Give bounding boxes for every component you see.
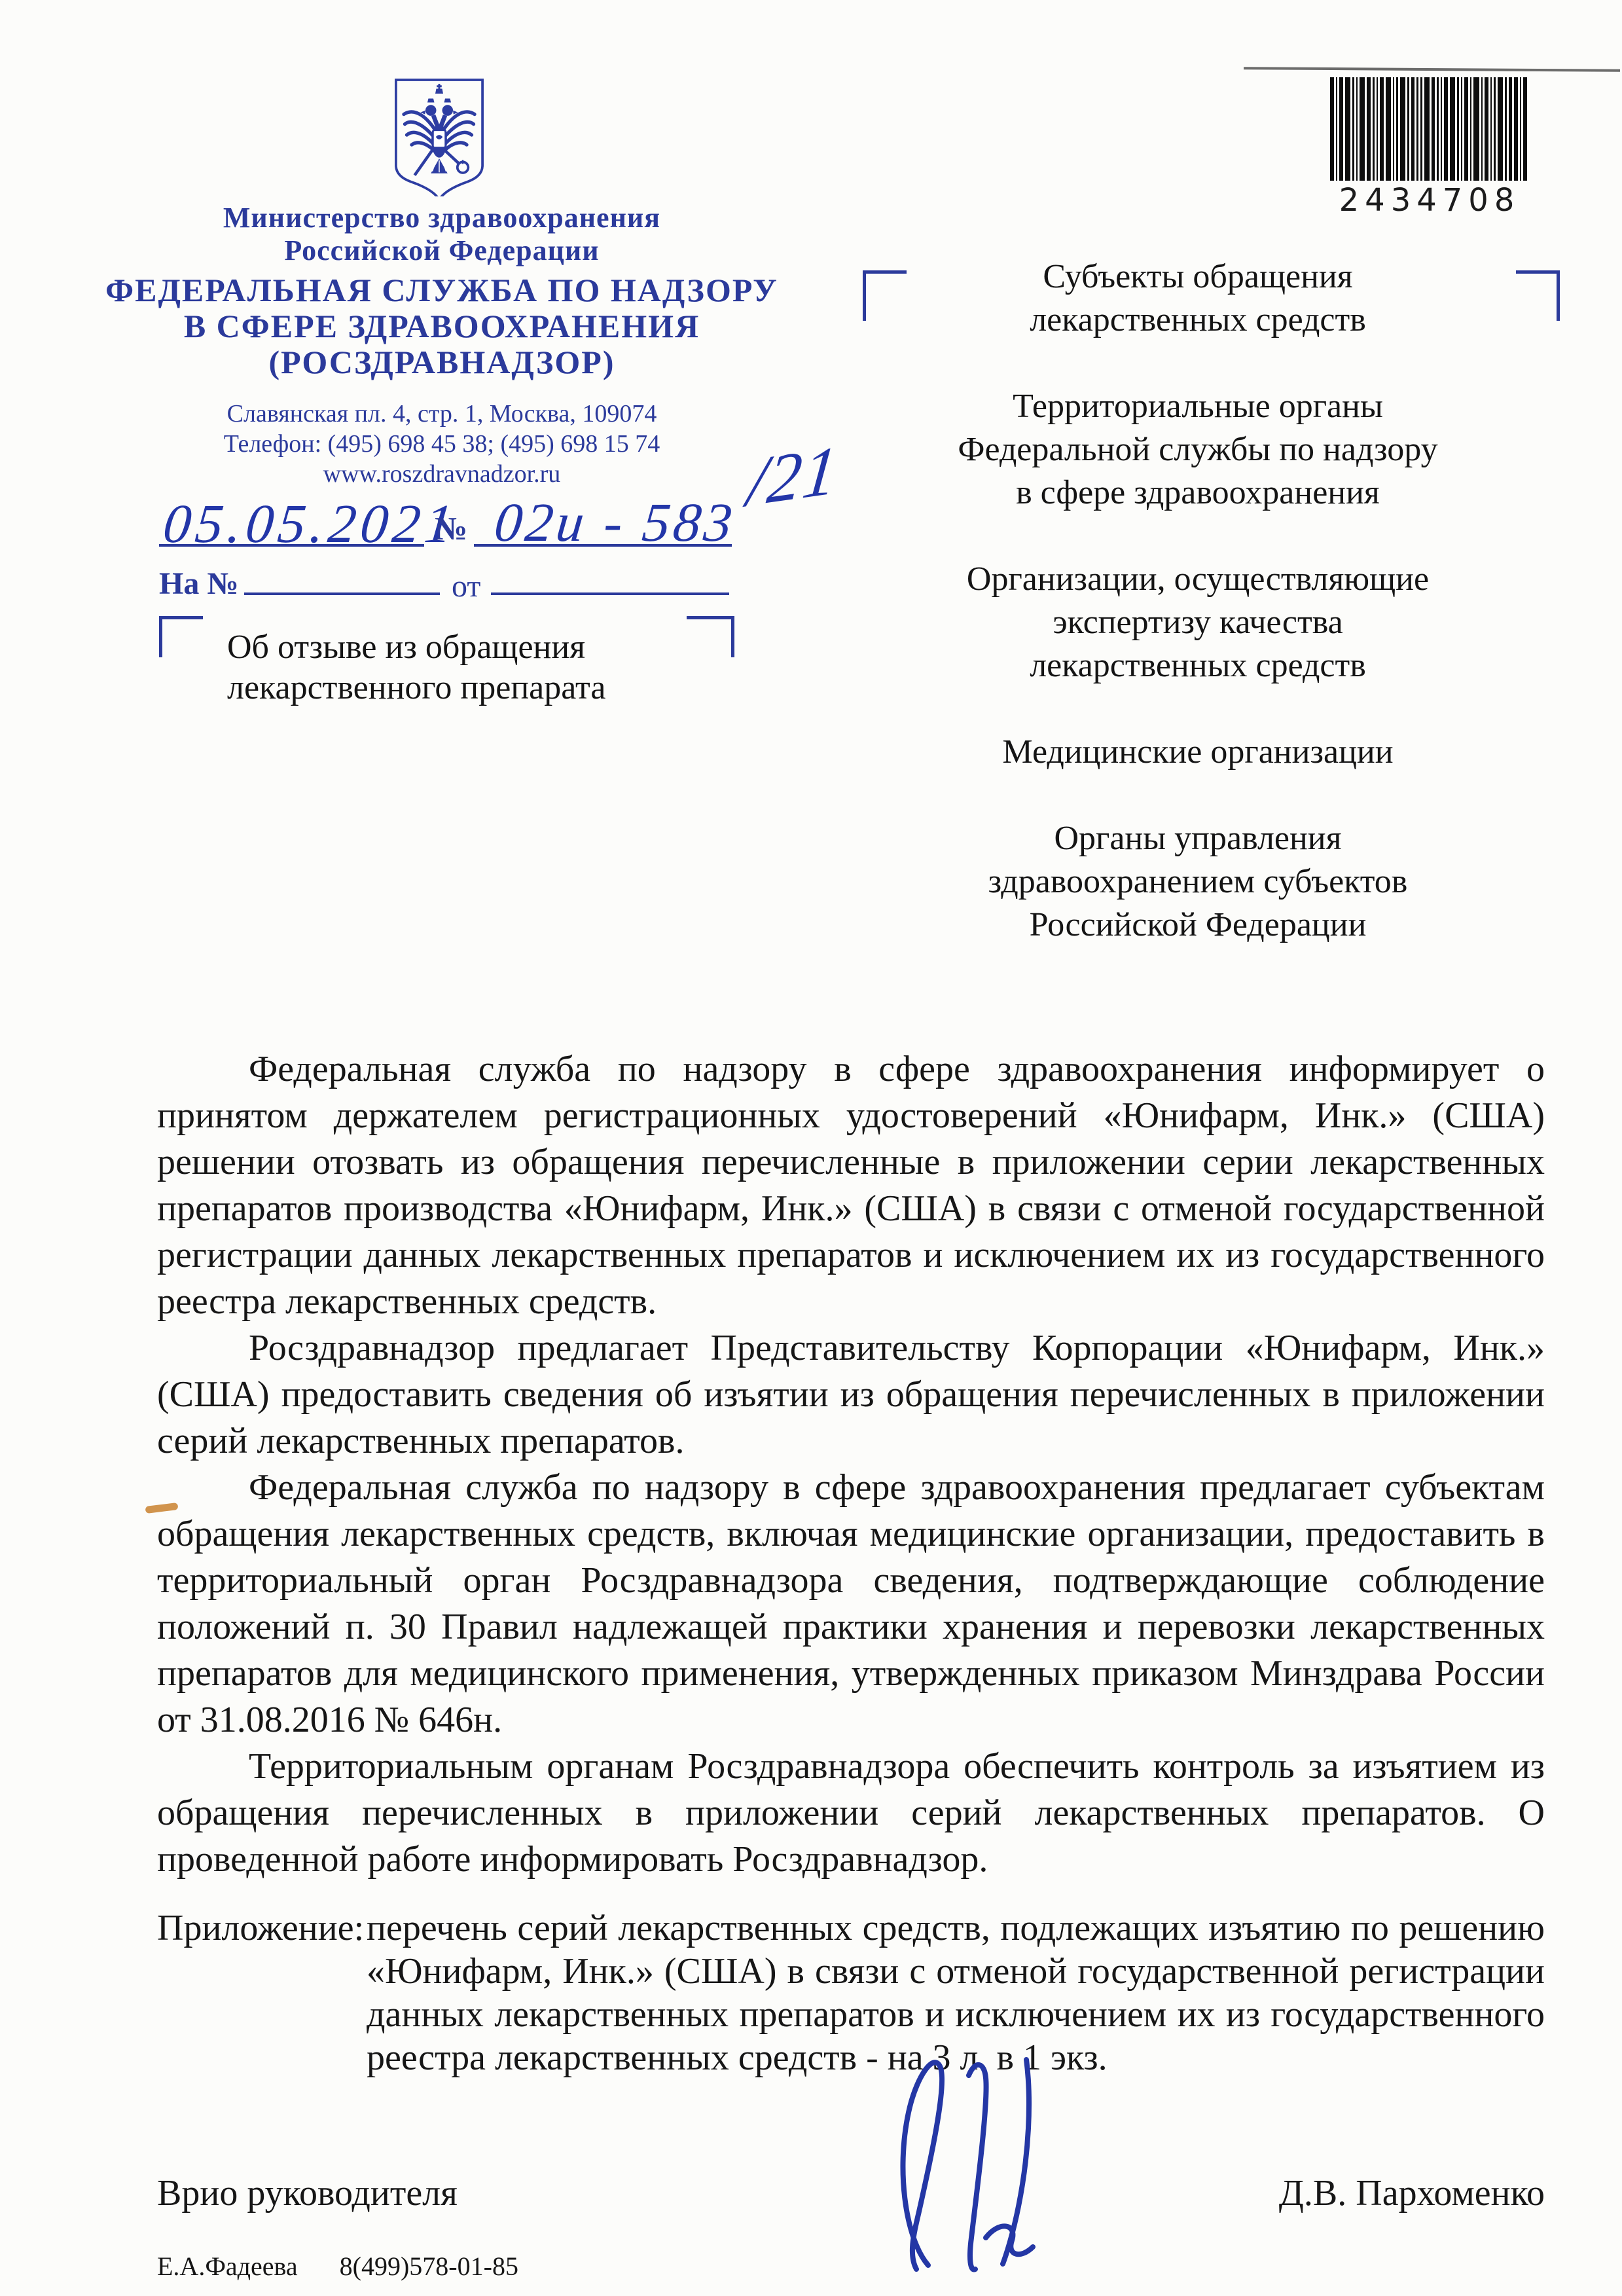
- barcode-bar: [1450, 77, 1455, 181]
- handwritten-signature: [871, 2022, 1067, 2280]
- ministry-name-line1: Министерство здравоохранения: [79, 202, 805, 234]
- barcode-bars: [1327, 77, 1532, 181]
- recipient-group: Территориальные органыФедеральной службы…: [851, 385, 1545, 515]
- recipient-line: Медицинские организации: [851, 731, 1545, 774]
- ministry-name-line2: Российской Федерации: [79, 234, 805, 267]
- reply-date-label: от: [452, 568, 480, 604]
- recipient-line: Субъекты обращения: [851, 255, 1545, 299]
- barcode-bar: [1514, 77, 1517, 181]
- phone-line: Телефон: (495) 698 45 38; (495) 698 15 7…: [79, 429, 805, 459]
- barcode-bar: [1352, 77, 1354, 181]
- barcode-bar: [1356, 77, 1358, 181]
- barcode-bar: [1441, 77, 1443, 181]
- website: www.roszdravnadzor.ru: [79, 459, 805, 489]
- body-paragraph: Территориальным органам Росздравнадзора …: [157, 1743, 1545, 1883]
- barcode-bar: [1380, 77, 1383, 181]
- scan-artifact-line: [1244, 67, 1620, 72]
- service-name-line2: В СФЕРЕ ЗДРАВООХРАНЕНИЯ: [79, 308, 805, 344]
- letter-body: Федеральная служба по надзору в сфере зд…: [157, 1046, 1545, 1883]
- signer-position: Врио руководителя: [157, 2172, 458, 2214]
- barcode-bar: [1464, 77, 1468, 181]
- coat-of-arms-icon: [387, 76, 491, 196]
- barcode-bar: [1400, 77, 1405, 181]
- barcode-bar: [1444, 77, 1447, 181]
- subject-corner-bracket-left: [159, 616, 203, 657]
- recipient-group: Медицинские организации: [851, 731, 1545, 774]
- barcode-bar: [1336, 77, 1338, 181]
- barcode-bar: [1498, 77, 1503, 181]
- reply-date-underline: [491, 592, 729, 595]
- attachment-block: Приложение: перечень серий лекарственных…: [157, 1906, 1545, 2079]
- barcode-bar: [1416, 77, 1418, 181]
- barcode-bar: [1407, 77, 1409, 181]
- recipient-line: лекарственных средств: [851, 299, 1545, 342]
- document-page: 2434708 Ми: [0, 0, 1622, 2296]
- barcode-bar: [1437, 77, 1439, 181]
- barcode-bar: [1330, 77, 1333, 181]
- barcode-bar: [1386, 77, 1391, 181]
- recipient-line: Российской Федерации: [851, 903, 1545, 947]
- barcode-bar: [1505, 77, 1507, 181]
- letterhead: Министерство здравоохранения Российской …: [79, 202, 805, 489]
- recipients-list: Субъекты обращениялекарственных средствТ…: [851, 255, 1545, 990]
- body-paragraph: Федеральная служба по надзору в сфере зд…: [157, 1465, 1545, 1743]
- barcode-bar: [1457, 77, 1459, 181]
- barcode-bar: [1473, 77, 1479, 181]
- attachment-label: Приложение:: [157, 1906, 364, 1950]
- body-paragraph: Росздравнадзор предлагает Представительс…: [157, 1325, 1545, 1465]
- barcode-bar: [1373, 77, 1375, 181]
- reply-number-label: На №: [159, 566, 239, 602]
- executor-name: Е.А.Фадеева: [157, 2251, 298, 2281]
- barcode-bar: [1393, 77, 1395, 181]
- executor-footer: Е.А.Фадеева8(499)578-01-85: [157, 2251, 518, 2282]
- barcode-bar: [1420, 77, 1422, 181]
- postal-address: Славянская пл. 4, стр. 1, Москва, 109074: [79, 399, 805, 429]
- barcode: 2434708: [1327, 77, 1532, 219]
- barcode-bar: [1490, 77, 1492, 181]
- number-underline: [474, 544, 732, 547]
- subject-corner-bracket-right: [687, 616, 734, 657]
- recipient-group: Субъекты обращениялекарственных средств: [851, 255, 1545, 342]
- barcode-bar: [1345, 77, 1350, 181]
- recipient-line: Органы управления: [851, 817, 1545, 860]
- barcode-bar: [1411, 77, 1415, 181]
- recipient-line: Территориальные органы: [851, 385, 1545, 428]
- number-sign: №: [435, 509, 467, 547]
- barcode-bar: [1461, 77, 1463, 181]
- barcode-bar: [1396, 77, 1398, 181]
- service-name-line3: (РОСЗДРАВНАДЗОР): [79, 344, 805, 380]
- barcode-bar: [1432, 77, 1435, 181]
- signer-name: Д.В. Пархоменко: [1279, 2172, 1545, 2214]
- barcode-bar: [1470, 77, 1472, 181]
- barcode-number: 2434708: [1327, 182, 1532, 219]
- recipient-group: Органы управленияздравоохранением субъек…: [851, 817, 1545, 947]
- recipient-line: лекарственных средств: [851, 644, 1545, 687]
- barcode-bar: [1494, 77, 1496, 181]
- subject-line1: Об отзыве из обращения: [227, 627, 605, 668]
- executor-phone: 8(499)578-01-85: [340, 2251, 518, 2281]
- barcode-bar: [1360, 77, 1365, 181]
- barcode-bar: [1367, 77, 1370, 181]
- recipient-line: здравоохранением субъектов: [851, 860, 1545, 903]
- subject-line2: лекарственного препарата: [227, 668, 605, 708]
- barcode-bar: [1339, 77, 1343, 181]
- service-name-line1: ФЕДЕРАЛЬНАЯ СЛУЖБА ПО НАДЗОРУ: [79, 272, 805, 308]
- handwritten-number-suffix: /21: [744, 430, 842, 522]
- recipient-line: экспертизу качества: [851, 601, 1545, 644]
- reply-number-underline: [244, 592, 440, 595]
- body-paragraph: Федеральная служба по надзору в сфере зд…: [157, 1046, 1545, 1325]
- barcode-bar: [1520, 77, 1522, 181]
- barcode-bar: [1481, 77, 1483, 181]
- subject-block: Об отзыве из обращения лекарственного пр…: [227, 627, 605, 708]
- barcode-bar: [1509, 77, 1512, 181]
- recipient-line: в сфере здравоохранения: [851, 471, 1545, 515]
- date-underline: [159, 544, 424, 547]
- recipient-line: Федеральной службы по надзору: [851, 428, 1545, 471]
- barcode-bar: [1523, 77, 1526, 181]
- barcode-bar: [1485, 77, 1488, 181]
- recipient-group: Организации, осуществляющиеэкспертизу ка…: [851, 558, 1545, 687]
- barcode-bar: [1424, 77, 1430, 181]
- barcode-bar: [1377, 77, 1379, 181]
- recipient-line: Организации, осуществляющие: [851, 558, 1545, 601]
